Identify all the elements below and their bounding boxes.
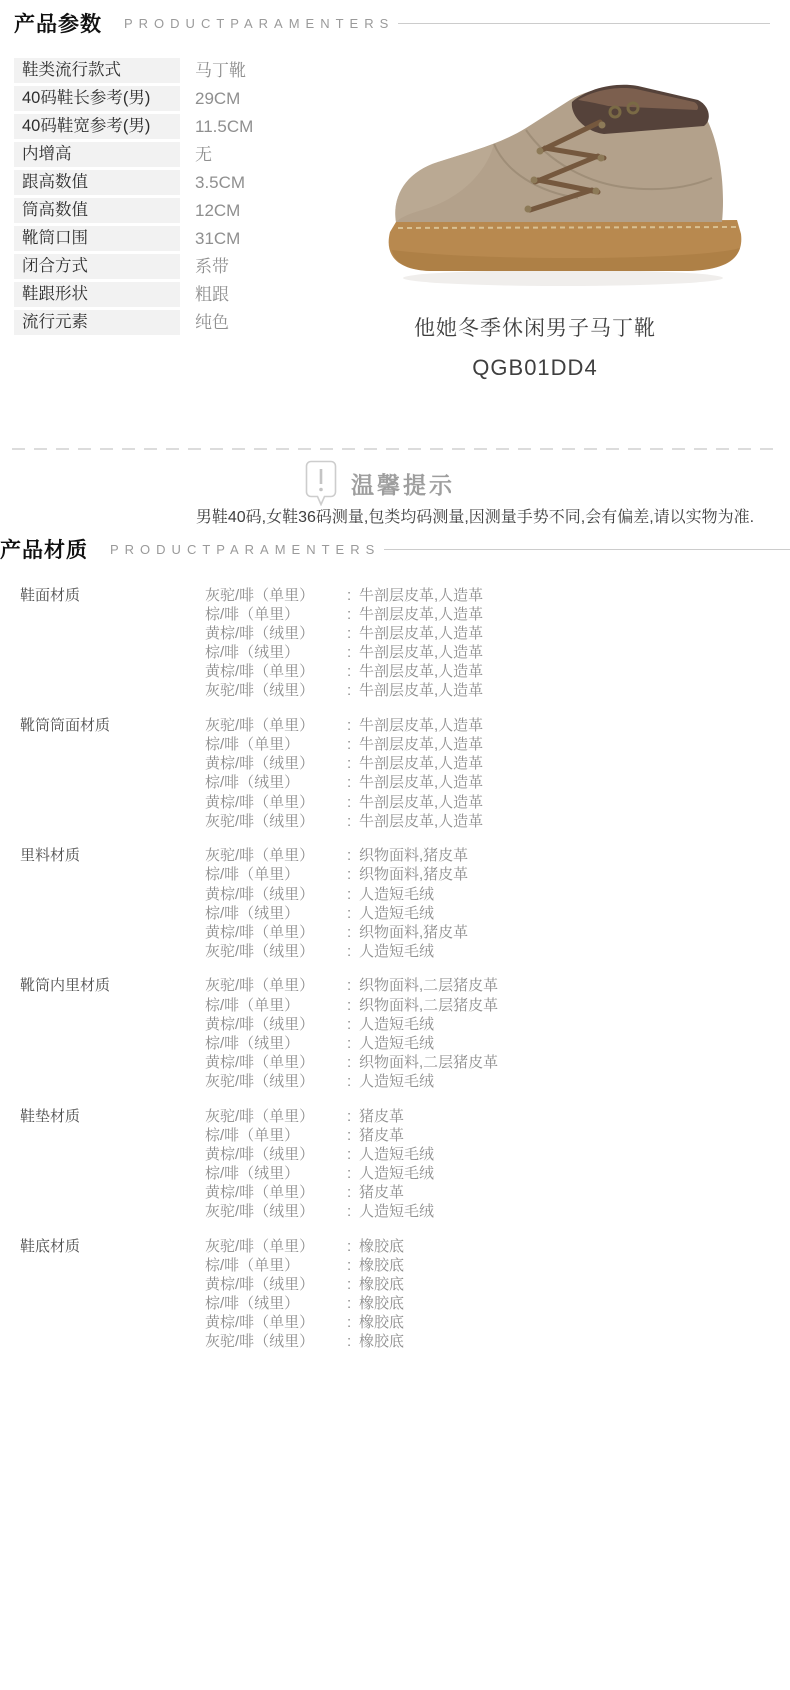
material-row: 黄棕/啡（单里）:猪皮革 <box>205 1183 790 1202</box>
material-color-variant: 棕/啡（绒里） <box>205 773 347 792</box>
material-color-variant: 黄棕/啡（单里） <box>205 793 347 812</box>
product-title: 他她冬季休闲男子马丁靴 <box>360 312 710 342</box>
colon-separator: : <box>347 1256 359 1275</box>
material-value: 人造短毛绒 <box>359 904 434 923</box>
colon-separator: : <box>347 885 359 904</box>
colon-separator: : <box>347 1202 359 1221</box>
colon-separator: : <box>347 923 359 942</box>
colon-separator: : <box>347 1072 359 1091</box>
material-value: 牛剖层皮革,人造革 <box>359 586 483 605</box>
material-row: 黄棕/啡（单里）:织物面料,猪皮革 <box>205 923 790 942</box>
material-row: 黄棕/啡（单里）:牛剖层皮革,人造革 <box>205 793 790 812</box>
material-group-rows: 灰驼/啡（单里）:织物面料,猪皮革棕/啡（单里）:织物面料,猪皮革黄棕/啡（绒里… <box>205 846 790 961</box>
material-color-variant: 棕/啡（单里） <box>205 605 347 624</box>
params-section-subtitle: PRODUCTPARAMENTERS <box>124 16 394 31</box>
material-color-variant: 灰驼/啡（单里） <box>205 1237 347 1256</box>
tip-title: 温馨提示 <box>351 467 455 500</box>
material-value: 人造短毛绒 <box>359 1015 434 1034</box>
material-value: 牛剖层皮革,人造革 <box>359 793 483 812</box>
material-color-variant: 灰驼/啡（绒里） <box>205 1332 347 1351</box>
material-group: 靴筒内里材质灰驼/啡（单里）:织物面料,二层猪皮革棕/啡（单里）:织物面料,二层… <box>0 976 790 1091</box>
materials-section-subtitle: PRODUCTPARAMENTERS <box>110 542 380 557</box>
material-color-variant: 灰驼/啡（绒里） <box>205 942 347 961</box>
colon-separator: : <box>347 865 359 884</box>
material-color-variant: 黄棕/啡（绒里） <box>205 1275 347 1294</box>
material-group-label: 里料材质 <box>0 846 205 961</box>
param-label: 内增高 <box>14 142 180 167</box>
material-row: 棕/啡（绒里）:牛剖层皮革,人造革 <box>205 773 790 792</box>
colon-separator: : <box>347 1126 359 1145</box>
material-row: 黄棕/啡（绒里）:人造短毛绒 <box>205 885 790 904</box>
colon-separator: : <box>347 735 359 754</box>
material-row: 灰驼/啡（绒里）:橡胶底 <box>205 1332 790 1351</box>
material-value: 橡胶底 <box>359 1332 404 1351</box>
material-value: 牛剖层皮革,人造革 <box>359 754 483 773</box>
material-value: 织物面料,猪皮革 <box>359 923 468 942</box>
material-row: 灰驼/啡（绒里）:人造短毛绒 <box>205 1072 790 1091</box>
material-color-variant: 灰驼/啡（单里） <box>205 586 347 605</box>
param-label: 鞋类流行款式 <box>14 58 180 83</box>
material-row: 棕/啡（绒里）:橡胶底 <box>205 1294 790 1313</box>
param-value: 3.5CM <box>180 170 245 195</box>
material-row: 棕/啡（单里）:织物面料,二层猪皮革 <box>205 996 790 1015</box>
material-row: 黄棕/啡（绒里）:人造短毛绒 <box>205 1145 790 1164</box>
material-value: 橡胶底 <box>359 1294 404 1313</box>
colon-separator: : <box>347 1107 359 1126</box>
material-color-variant: 棕/啡（绒里） <box>205 1164 347 1183</box>
material-color-variant: 黄棕/啡（绒里） <box>205 1015 347 1034</box>
materials-list: 鞋面材质灰驼/啡（单里）:牛剖层皮革,人造革棕/啡（单里）:牛剖层皮革,人造革黄… <box>0 586 790 1367</box>
material-value: 牛剖层皮革,人造革 <box>359 735 483 754</box>
material-row: 灰驼/啡（绒里）:牛剖层皮革,人造革 <box>205 681 790 700</box>
material-row: 棕/啡（单里）:牛剖层皮革,人造革 <box>205 735 790 754</box>
material-group-label: 靴筒筒面材质 <box>0 716 205 831</box>
colon-separator: : <box>347 1275 359 1294</box>
material-color-variant: 棕/啡（绒里） <box>205 1034 347 1053</box>
material-row: 黄棕/啡（单里）:牛剖层皮革,人造革 <box>205 662 790 681</box>
material-value: 织物面料,二层猪皮革 <box>359 976 498 995</box>
material-value: 牛剖层皮革,人造革 <box>359 643 483 662</box>
material-row: 灰驼/啡（绒里）:人造短毛绒 <box>205 1202 790 1221</box>
param-value: 马丁靴 <box>180 58 246 83</box>
material-row: 灰驼/啡（单里）:橡胶底 <box>205 1237 790 1256</box>
material-group-label: 鞋底材质 <box>0 1237 205 1352</box>
colon-separator: : <box>347 1145 359 1164</box>
material-value: 牛剖层皮革,人造革 <box>359 812 483 831</box>
material-color-variant: 灰驼/啡（绒里） <box>205 1072 347 1091</box>
param-label: 跟高数值 <box>14 170 180 195</box>
material-color-variant: 灰驼/啡（绒里） <box>205 1202 347 1221</box>
colon-separator: : <box>347 942 359 961</box>
material-group-label: 靴筒内里材质 <box>0 976 205 1091</box>
colon-separator: : <box>347 1237 359 1256</box>
material-group-rows: 灰驼/啡（单里）:牛剖层皮革,人造革棕/啡（单里）:牛剖层皮革,人造革黄棕/啡（… <box>205 716 790 831</box>
tip-header: 温馨提示 <box>0 460 760 506</box>
material-row: 灰驼/啡（绒里）:牛剖层皮革,人造革 <box>205 812 790 831</box>
material-group-rows: 灰驼/啡（单里）:猪皮革棕/啡（单里）:猪皮革黄棕/啡（绒里）:人造短毛绒棕/啡… <box>205 1107 790 1222</box>
material-color-variant: 黄棕/啡（单里） <box>205 1313 347 1332</box>
colon-separator: : <box>347 793 359 812</box>
material-value: 牛剖层皮革,人造革 <box>359 605 483 624</box>
colon-separator: : <box>347 846 359 865</box>
material-group: 鞋面材质灰驼/啡（单里）:牛剖层皮革,人造革棕/啡（单里）:牛剖层皮革,人造革黄… <box>0 586 790 701</box>
dashed-divider <box>12 448 778 450</box>
params-section-title: 产品参数 <box>14 8 102 38</box>
param-value: 系带 <box>180 254 229 279</box>
colon-separator: : <box>347 605 359 624</box>
material-color-variant: 黄棕/啡（绒里） <box>205 624 347 643</box>
material-row: 棕/啡（绒里）:人造短毛绒 <box>205 1164 790 1183</box>
material-color-variant: 棕/啡（单里） <box>205 735 347 754</box>
tip-text: 男鞋40码,女鞋36码测量,包类均码测量,因测量手势不同,会有偏差,请以实物为准… <box>0 504 790 527</box>
material-color-variant: 黄棕/啡（绒里） <box>205 885 347 904</box>
header-rule <box>398 23 770 24</box>
colon-separator: : <box>347 1294 359 1313</box>
material-color-variant: 棕/啡（单里） <box>205 865 347 884</box>
material-row: 灰驼/啡（单里）:牛剖层皮革,人造革 <box>205 716 790 735</box>
param-label: 筒高数值 <box>14 198 180 223</box>
material-value: 人造短毛绒 <box>359 1202 434 1221</box>
material-value: 牛剖层皮革,人造革 <box>359 662 483 681</box>
material-color-variant: 棕/啡（绒里） <box>205 1294 347 1313</box>
colon-separator: : <box>347 773 359 792</box>
material-value: 人造短毛绒 <box>359 1072 434 1091</box>
material-row: 灰驼/啡（单里）:织物面料,猪皮革 <box>205 846 790 865</box>
material-row: 棕/啡（绒里）:人造短毛绒 <box>205 904 790 923</box>
material-value: 牛剖层皮革,人造革 <box>359 624 483 643</box>
colon-separator: : <box>347 681 359 700</box>
param-label: 鞋跟形状 <box>14 282 180 307</box>
material-value: 橡胶底 <box>359 1256 404 1275</box>
param-label: 40码鞋长参考(男) <box>14 86 180 111</box>
colon-separator: : <box>347 662 359 681</box>
header-rule <box>384 549 790 550</box>
param-value: 纯色 <box>180 310 229 335</box>
param-value: 29CM <box>180 86 240 111</box>
material-value: 牛剖层皮革,人造革 <box>359 716 483 735</box>
param-label: 闭合方式 <box>14 254 180 279</box>
param-value: 11.5CM <box>180 114 253 139</box>
material-color-variant: 灰驼/啡（单里） <box>205 846 347 865</box>
material-value: 人造短毛绒 <box>359 1145 434 1164</box>
exclamation-icon <box>305 460 337 506</box>
product-detail-page: 产品参数 PRODUCTPARAMENTERS 鞋类流行款式马丁靴40码鞋长参考… <box>0 0 790 1690</box>
colon-separator: : <box>347 904 359 923</box>
material-value: 猪皮革 <box>359 1107 404 1126</box>
material-row: 灰驼/啡（单里）:牛剖层皮革,人造革 <box>205 586 790 605</box>
colon-separator: : <box>347 1332 359 1351</box>
colon-separator: : <box>347 996 359 1015</box>
colon-separator: : <box>347 754 359 773</box>
colon-separator: : <box>347 812 359 831</box>
material-color-variant: 灰驼/啡（绒里） <box>205 681 347 700</box>
material-row: 棕/啡（单里）:橡胶底 <box>205 1256 790 1275</box>
material-row: 黄棕/啡（单里）:橡胶底 <box>205 1313 790 1332</box>
materials-section-title: 产品材质 <box>0 534 88 564</box>
material-group: 里料材质灰驼/啡（单里）:织物面料,猪皮革棕/啡（单里）:织物面料,猪皮革黄棕/… <box>0 846 790 961</box>
material-color-variant: 黄棕/啡（绒里） <box>205 754 347 773</box>
param-label: 靴筒口围 <box>14 226 180 251</box>
material-value: 橡胶底 <box>359 1275 404 1294</box>
material-value: 人造短毛绒 <box>359 885 434 904</box>
material-color-variant: 黄棕/啡（绒里） <box>205 1145 347 1164</box>
colon-separator: : <box>347 1015 359 1034</box>
material-value: 猪皮革 <box>359 1126 404 1145</box>
material-row: 黄棕/啡（单里）:织物面料,二层猪皮革 <box>205 1053 790 1072</box>
product-photo <box>368 70 763 292</box>
material-group-rows: 灰驼/啡（单里）:织物面料,二层猪皮革棕/啡（单里）:织物面料,二层猪皮革黄棕/… <box>205 976 790 1091</box>
material-value: 织物面料,二层猪皮革 <box>359 1053 498 1072</box>
boot-illustration <box>368 70 763 292</box>
material-row: 棕/啡（绒里）:人造短毛绒 <box>205 1034 790 1053</box>
product-code: QGB01DD4 <box>360 355 710 381</box>
material-group: 靴筒筒面材质灰驼/啡（单里）:牛剖层皮革,人造革棕/啡（单里）:牛剖层皮革,人造… <box>0 716 790 831</box>
material-group-rows: 灰驼/啡（单里）:牛剖层皮革,人造革棕/啡（单里）:牛剖层皮革,人造革黄棕/啡（… <box>205 586 790 701</box>
material-color-variant: 棕/啡（绒里） <box>205 643 347 662</box>
colon-separator: : <box>347 976 359 995</box>
material-group-label: 鞋垫材质 <box>0 1107 205 1222</box>
param-value: 31CM <box>180 226 240 251</box>
colon-separator: : <box>347 716 359 735</box>
colon-separator: : <box>347 624 359 643</box>
material-row: 灰驼/啡（单里）:猪皮革 <box>205 1107 790 1126</box>
material-color-variant: 棕/啡（单里） <box>205 1126 347 1145</box>
colon-separator: : <box>347 1183 359 1202</box>
material-row: 黄棕/啡（绒里）:牛剖层皮革,人造革 <box>205 754 790 773</box>
param-value: 无 <box>180 142 212 167</box>
material-value: 橡胶底 <box>359 1313 404 1332</box>
material-row: 灰驼/啡（单里）:织物面料,二层猪皮革 <box>205 976 790 995</box>
colon-separator: : <box>347 1053 359 1072</box>
material-value: 织物面料,猪皮革 <box>359 865 468 884</box>
material-group: 鞋底材质灰驼/啡（单里）:橡胶底棕/啡（单里）:橡胶底黄棕/啡（绒里）:橡胶底棕… <box>0 1237 790 1352</box>
material-color-variant: 黄棕/啡（单里） <box>205 923 347 942</box>
colon-separator: : <box>347 1034 359 1053</box>
material-color-variant: 棕/啡（绒里） <box>205 904 347 923</box>
material-color-variant: 棕/啡（单里） <box>205 996 347 1015</box>
material-value: 橡胶底 <box>359 1237 404 1256</box>
material-value: 织物面料,猪皮革 <box>359 846 468 865</box>
material-value: 猪皮革 <box>359 1183 404 1202</box>
material-color-variant: 黄棕/啡（单里） <box>205 662 347 681</box>
material-color-variant: 灰驼/啡（单里） <box>205 716 347 735</box>
material-value: 织物面料,二层猪皮革 <box>359 996 498 1015</box>
material-value: 牛剖层皮革,人造革 <box>359 681 483 700</box>
material-color-variant: 棕/啡（单里） <box>205 1256 347 1275</box>
colon-separator: : <box>347 586 359 605</box>
param-label: 40码鞋宽参考(男) <box>14 114 180 139</box>
param-value: 粗跟 <box>180 282 229 307</box>
material-row: 黄棕/啡（绒里）:橡胶底 <box>205 1275 790 1294</box>
material-color-variant: 灰驼/啡（单里） <box>205 1107 347 1126</box>
colon-separator: : <box>347 643 359 662</box>
material-group-label: 鞋面材质 <box>0 586 205 701</box>
material-row: 黄棕/啡（绒里）:人造短毛绒 <box>205 1015 790 1034</box>
colon-separator: : <box>347 1164 359 1183</box>
material-group-rows: 灰驼/啡（单里）:橡胶底棕/啡（单里）:橡胶底黄棕/啡（绒里）:橡胶底棕/啡（绒… <box>205 1237 790 1352</box>
param-label: 流行元素 <box>14 310 180 335</box>
material-value: 人造短毛绒 <box>359 1034 434 1053</box>
material-color-variant: 灰驼/啡（绒里） <box>205 812 347 831</box>
material-row: 棕/啡（单里）:猪皮革 <box>205 1126 790 1145</box>
material-value: 牛剖层皮革,人造革 <box>359 773 483 792</box>
material-row: 棕/啡（单里）:牛剖层皮革,人造革 <box>205 605 790 624</box>
material-value: 人造短毛绒 <box>359 942 434 961</box>
material-group: 鞋垫材质灰驼/啡（单里）:猪皮革棕/啡（单里）:猪皮革黄棕/啡（绒里）:人造短毛… <box>0 1107 790 1222</box>
material-color-variant: 灰驼/啡（单里） <box>205 976 347 995</box>
param-value: 12CM <box>180 198 240 223</box>
material-row: 棕/啡（单里）:织物面料,猪皮革 <box>205 865 790 884</box>
material-row: 黄棕/啡（绒里）:牛剖层皮革,人造革 <box>205 624 790 643</box>
product-title-block: 他她冬季休闲男子马丁靴 QGB01DD4 <box>360 312 710 381</box>
materials-section-header: 产品材质 PRODUCTPARAMENTERS <box>0 532 790 566</box>
material-row: 棕/啡（绒里）:牛剖层皮革,人造革 <box>205 643 790 662</box>
material-value: 人造短毛绒 <box>359 1164 434 1183</box>
params-section-header: 产品参数 PRODUCTPARAMENTERS <box>14 6 770 40</box>
material-color-variant: 黄棕/啡（单里） <box>205 1053 347 1072</box>
material-row: 灰驼/啡（绒里）:人造短毛绒 <box>205 942 790 961</box>
material-color-variant: 黄棕/啡（单里） <box>205 1183 347 1202</box>
colon-separator: : <box>347 1313 359 1332</box>
